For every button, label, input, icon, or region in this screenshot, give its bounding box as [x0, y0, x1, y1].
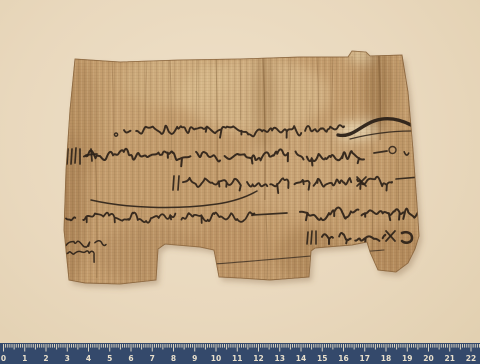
artifact-photo: 012345678910111213141516171819202122: [0, 0, 480, 364]
ruler-label: 18: [381, 354, 391, 363]
script-stroke: [178, 176, 179, 190]
ruler-label: 10: [211, 354, 221, 363]
ruler-label: 9: [192, 354, 197, 363]
script-stroke: [91, 149, 92, 161]
papyrus-fiber-texture-h: [55, 42, 430, 292]
ruler-label: 13: [275, 354, 285, 363]
ruler-label: 21: [445, 354, 455, 363]
ruler-label: 16: [338, 354, 348, 363]
ruler-label: 22: [466, 354, 476, 363]
ruler-label: 11: [232, 354, 242, 363]
ruler-label: 8: [171, 354, 176, 363]
ruler-label: 15: [317, 354, 327, 363]
ruler-label: 17: [360, 354, 370, 363]
ruler-label: 6: [128, 354, 133, 363]
ruler-label: 14: [296, 354, 306, 363]
photo-background: 012345678910111213141516171819202122: [0, 0, 480, 364]
ruler-label: 12: [253, 354, 263, 363]
script-stroke: [75, 148, 76, 163]
script-stroke: [71, 149, 72, 164]
ruler-label: 20: [423, 354, 433, 363]
ruler-label: 2: [43, 354, 48, 363]
ruler-label: 0: [1, 354, 6, 363]
ruler-label: 4: [86, 354, 91, 363]
ruler-label: 1: [22, 354, 27, 363]
script-stroke: [173, 176, 174, 190]
script-stroke: [307, 232, 308, 244]
script-stroke: [311, 231, 312, 244]
ruler-label: 19: [402, 354, 412, 363]
measuring-ruler: 012345678910111213141516171819202122: [0, 343, 480, 364]
ruler-label: 5: [107, 354, 112, 363]
ruler-label: 3: [65, 354, 70, 363]
ruler-label: 7: [150, 354, 155, 363]
papyrus-fragment: [50, 42, 430, 292]
